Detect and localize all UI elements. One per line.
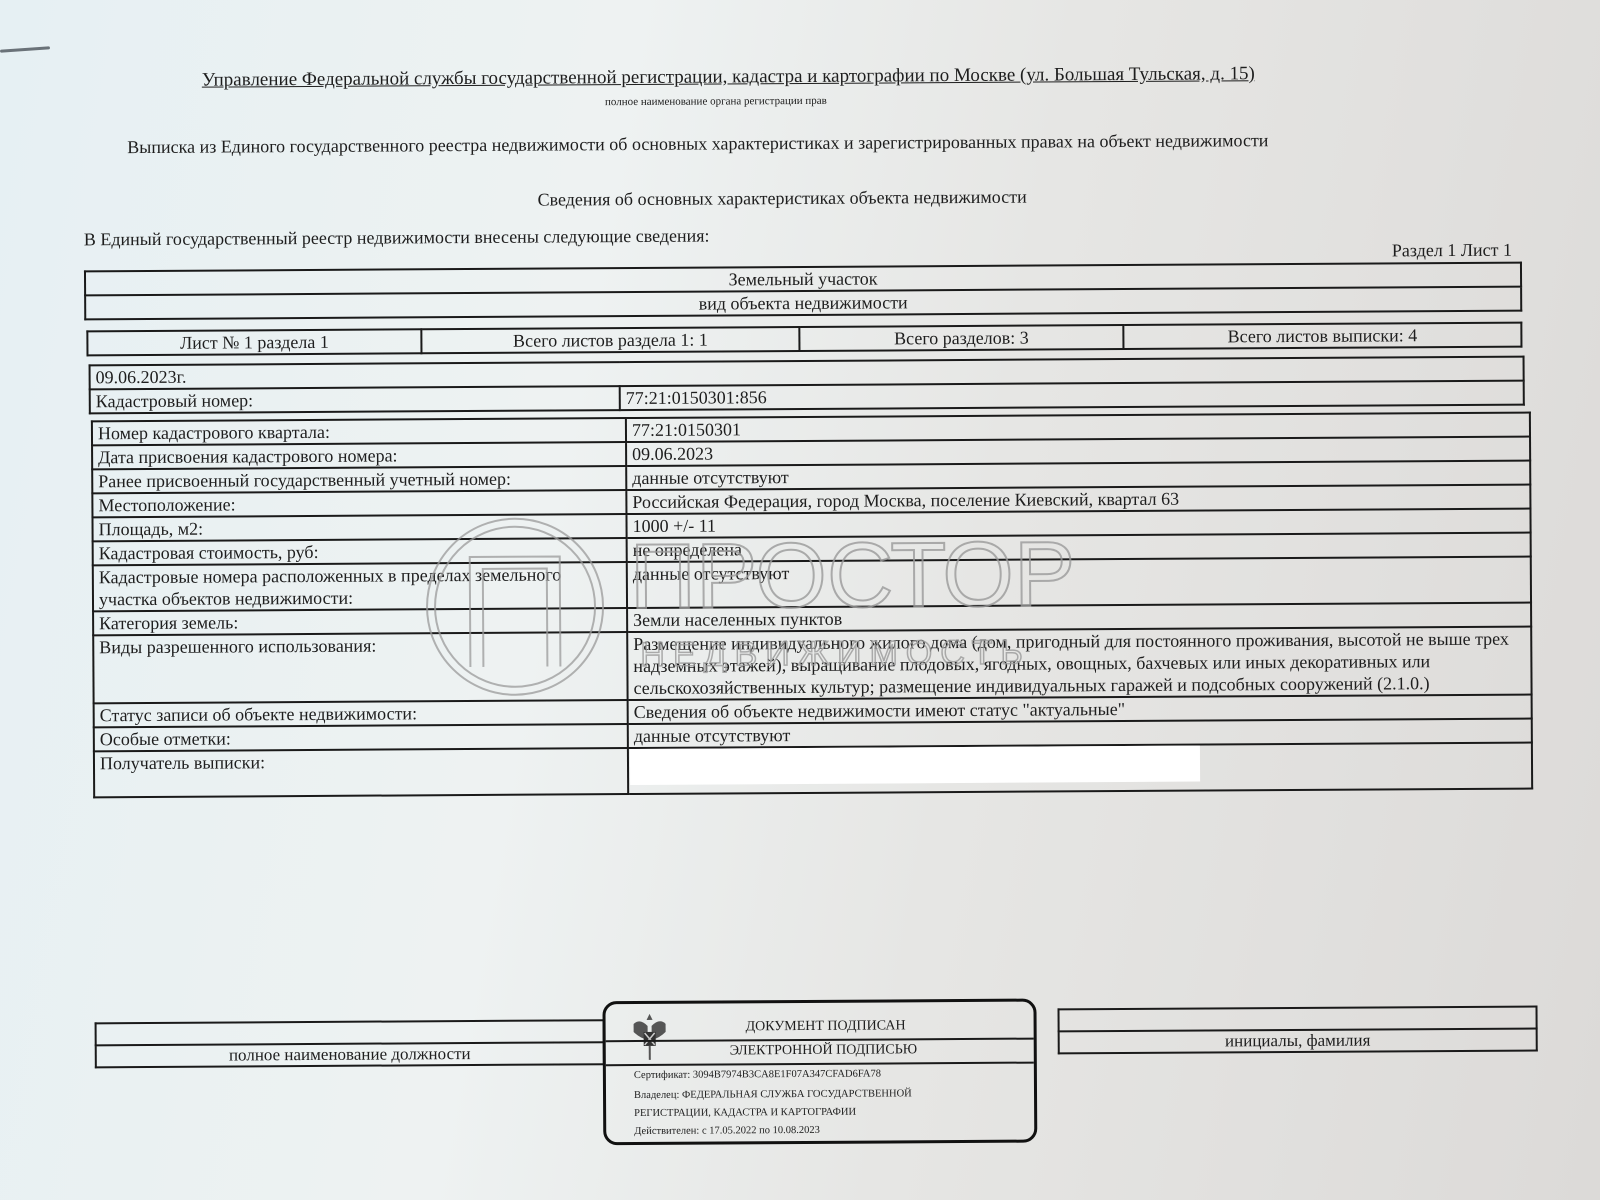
characteristics-table: Номер кадастрового квартала:77:21:015030…: [91, 412, 1533, 799]
certificate-owner-2: РЕГИСТРАЦИИ, КАДАСТРА И КАРТОГРАФИИ: [634, 1107, 856, 1119]
cadastral-number-value: 77:21:0150301:856: [620, 381, 1524, 411]
stamp-line-2: ЭЛЕКТРОННОЙ ПОДПИСЬЮ: [730, 1042, 917, 1059]
coat-of-arms-icon: [630, 1010, 670, 1062]
certificate-number: Сертификат: 3094B7974B3CA8E1F07A347CFAD6…: [634, 1069, 881, 1082]
authority-caption: полное наименование органа регистрации п…: [605, 95, 827, 108]
row-label: Местоположение:: [92, 490, 626, 517]
registration-authority: Управление Федеральной службы государств…: [202, 63, 1255, 91]
redacted-recipient: [630, 746, 1200, 785]
row-label: Категория земель:: [93, 608, 627, 635]
table-row: Получатель выписки:: [94, 743, 1532, 798]
cadastral-number-label: Кадастровый номер:: [90, 386, 620, 413]
position-signature-table: полное наименование должности: [95, 1019, 605, 1068]
total-sheets-section: Всего листов раздела 1: 1: [421, 327, 799, 353]
row-value: Размещение индивидуального жилого дома (…: [627, 627, 1531, 701]
sheets-info-table: Лист № 1 раздела 1 Всего листов раздела …: [86, 322, 1522, 357]
total-sections: Всего разделов: 3: [799, 325, 1123, 351]
stamp-line-1: ДОКУМЕНТ ПОДПИСАН: [746, 1018, 906, 1035]
table-row: Виды разрешенного использования:Размещен…: [93, 627, 1531, 704]
name-signature-table: инициалы, фамилия: [1057, 1006, 1537, 1055]
row-label: Статус записи об объекте недвижимости:: [94, 700, 628, 727]
sheet-number: Лист № 1 раздела 1: [87, 329, 421, 355]
row-value: [628, 743, 1532, 795]
extract-title: Выписка из Единого государственного реес…: [127, 130, 1268, 158]
intro-text: В Единый государственный реестр недвижим…: [84, 226, 710, 251]
row-label: Площадь, м2:: [92, 514, 626, 541]
row-label: Ранее присвоенный государственный учетны…: [92, 466, 626, 493]
document-page: Управление Федеральной службы государств…: [0, 0, 1600, 1200]
section-title: Сведения об основных характеристиках объ…: [537, 187, 1026, 211]
certificate-validity: Действителен: с 17.05.2022 по 10.08.2023: [634, 1125, 820, 1137]
date-cadastral-table: 09.06.2023г. Кадастровый номер: 77:21:01…: [89, 356, 1525, 415]
row-value: данные отсутствуют: [627, 557, 1531, 609]
row-label: Дата присвоения кадастрового номера:: [92, 442, 626, 469]
row-label: Получатель выписки:: [94, 748, 628, 797]
total-sheets-extract: Всего листов выписки: 4: [1123, 323, 1521, 349]
object-type-table: Земельный участок вид объекта недвижимос…: [84, 262, 1522, 321]
row-label: Особые отметки:: [94, 724, 628, 751]
row-label: Кадастровые номера расположенных в преде…: [93, 562, 627, 611]
row-label: Виды разрешенного использования:: [93, 632, 627, 703]
name-caption: инициалы, фамилия: [1059, 1029, 1537, 1054]
certificate-owner-1: Владелец: ФЕДЕРАЛЬНАЯ СЛУЖБА ГОСУДАРСТВЕ…: [634, 1088, 912, 1101]
row-label: Номер кадастрового квартала:: [92, 418, 626, 445]
electronic-signature-stamp: ДОКУМЕНТ ПОДПИСАН ЭЛЕКТРОННОЙ ПОДПИСЬЮ С…: [602, 999, 1037, 1146]
position-caption: полное наименование должности: [96, 1042, 604, 1067]
sheet-reference: Раздел 1 Лист 1: [1392, 240, 1512, 262]
row-label: Кадастровая стоимость, руб:: [93, 538, 627, 565]
